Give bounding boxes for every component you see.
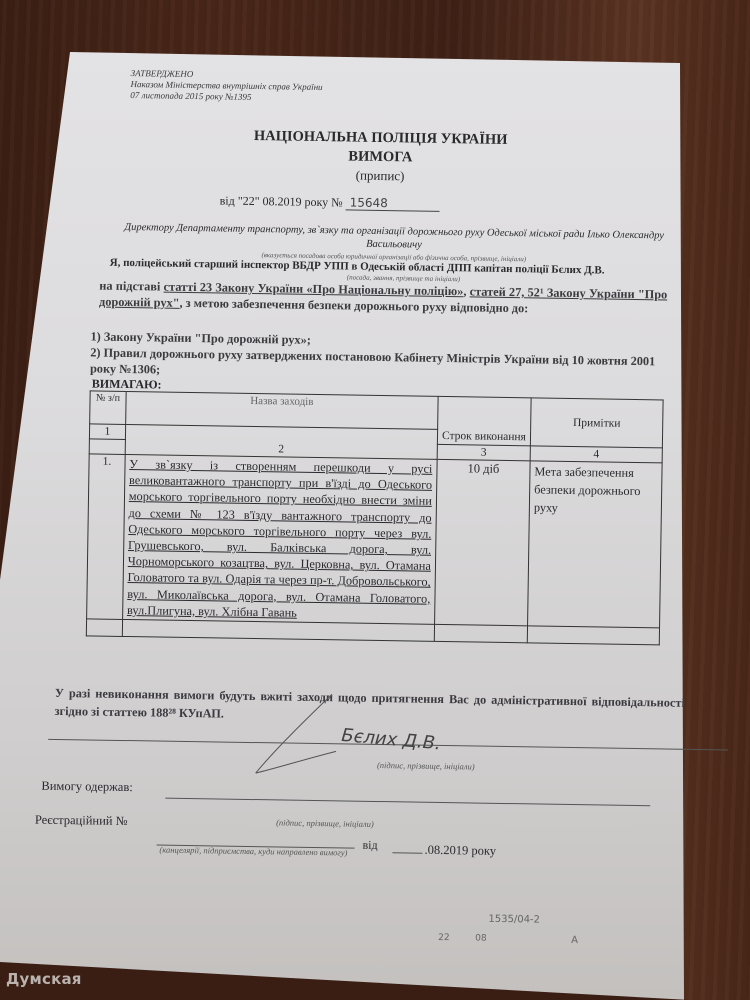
table-row: 1. У зв`язку із створенням перешкоди у р… xyxy=(87,454,663,628)
received-label: Вимогу одержав: xyxy=(41,779,133,795)
row-notes: Мета забезпечення безпеки дорожнього рух… xyxy=(528,461,663,628)
colnum-1: 1 xyxy=(89,424,125,440)
legal-basis-paragraph: на підставі статті 23 Закону України «Пр… xyxy=(99,279,667,319)
row-term: 10 діб xyxy=(434,459,530,625)
header-num: № з/п xyxy=(90,391,126,425)
registration-from-label: від xyxy=(362,838,377,853)
colnum-3: 3 xyxy=(437,444,530,460)
handwritten-document-number: 15648 xyxy=(346,195,440,211)
document-content: ЗАТВЕРДЖЕНО Наказом Міністерства внутріш… xyxy=(0,0,750,1000)
empty-cell xyxy=(434,624,527,642)
empty-cell xyxy=(89,439,125,455)
registration-label: Реєстраційний № xyxy=(35,813,128,829)
requirements-table: № з/п Назва заходів Строк виконання Прим… xyxy=(86,390,664,645)
row-measure: У зв`язку із створенням перешкоди у русі… xyxy=(122,454,437,624)
empty-cell xyxy=(86,619,122,637)
handwritten-registration-number: 1535/04-2 xyxy=(488,914,540,926)
watermark-logo: Думская xyxy=(6,970,82,988)
registration-day-line xyxy=(392,852,422,853)
row-num: 1. xyxy=(87,454,125,620)
signature-note: (підпис, прізвище, ініціали) xyxy=(346,759,506,772)
warning-paragraph: У разі невиконання вимоги будуть вжиті з… xyxy=(55,684,685,730)
header-name: Назва заходів xyxy=(125,391,438,429)
empty-cell xyxy=(527,626,659,645)
handwritten-initial: А xyxy=(571,935,578,946)
measure-text: У зв`язку із створенням перешкоди у русі… xyxy=(127,457,433,619)
header-term: Строк виконання xyxy=(437,396,531,445)
empty-cell xyxy=(122,619,434,641)
registration-date: .08.2019 року xyxy=(424,843,496,859)
received-note: (підпис, прізвище, ініціали) xyxy=(245,817,405,830)
date-text: від "22" 08.2019 року № xyxy=(220,193,343,209)
handwritten-signature: Бєлих Д.В. xyxy=(341,725,442,754)
colnum-2: 2 xyxy=(125,424,438,459)
received-signature-line xyxy=(165,798,650,807)
handwritten-month: 08 xyxy=(475,934,487,944)
basis-prefix: на підставі xyxy=(99,279,164,294)
approval-stamp: ЗАТВЕРДЖЕНО Наказом Міністерства внутріш… xyxy=(130,68,323,104)
registration-note: (канцелярії, підприємства, куди направле… xyxy=(159,845,347,858)
addressee: Директору Департаменту транспорту, зв`яз… xyxy=(114,221,674,256)
document-number-line: від "22" 08.2019 року № 15648 xyxy=(220,193,440,211)
handwritten-day: 22 xyxy=(438,933,450,943)
references-list: 1) Закону України "Про дорожній рух»; 2)… xyxy=(90,328,669,385)
header-notes: Примітки xyxy=(530,398,663,448)
